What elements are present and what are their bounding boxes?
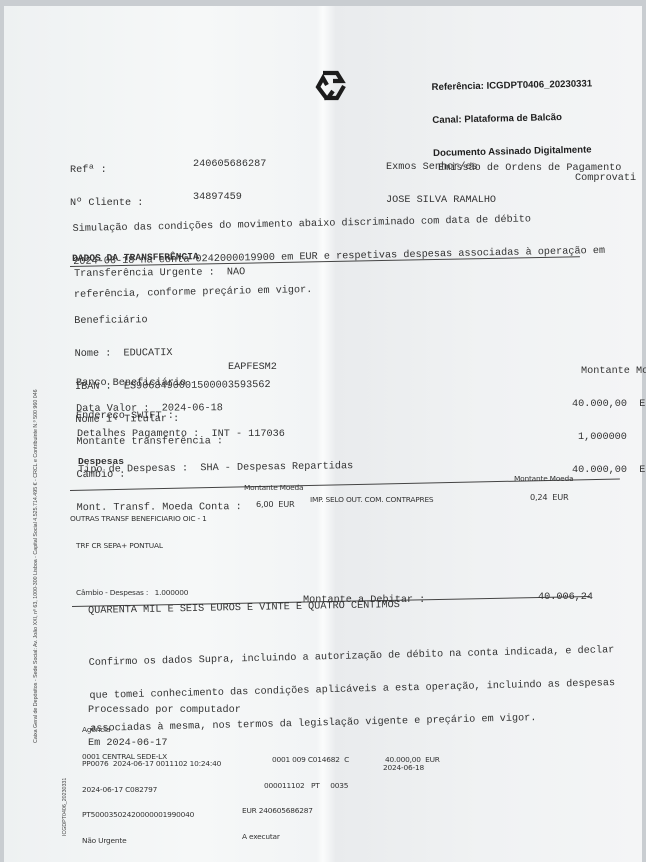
- despesa-item-1: OUTRAS TRANSF BENEFICIARIO OIC - 1 TRF C…: [70, 496, 207, 568]
- detalhes: Detalhes Pagamento : INT - 117036: [77, 429, 285, 440]
- document-page: Referência: ICGDPT0406_20230331 Canal: P…: [4, 6, 642, 862]
- mont-conta-value: 40.000,00 EUR: [572, 465, 646, 476]
- canal: Canal: Plataforma de Balcão: [432, 111, 593, 126]
- swift-value: EAPFESM2: [228, 362, 277, 373]
- legal-side-text: Caixa Geral de Depósitos - Sede Social: …: [33, 389, 39, 743]
- cgd-logo-icon: [313, 69, 347, 103]
- agencia-label: Agência: [82, 725, 167, 734]
- despesa-item-1-amount: 6,00 EUR: [256, 500, 295, 509]
- tx-mid-1: 0001 009 C014682 C: [242, 756, 349, 765]
- confirm-line-1: Confirmo os dados Supra, incluindo a aut…: [89, 645, 615, 669]
- tx-line-3: PT50003502420000001990040: [82, 811, 221, 820]
- intro-line-1: Simulação das condições do movimento aba…: [72, 213, 604, 235]
- tx-line-2: 2024-06-17 C082797: [82, 786, 221, 795]
- urgente: Transferência Urgente : NAO: [74, 267, 245, 280]
- tx-mid-4: A executar: [242, 833, 349, 842]
- transaction-middle: 0001 009 C014682 C 000011102 PT 0035 EUR…: [242, 739, 349, 858]
- doc-code-side: ICGDPT0406_20230331: [62, 778, 68, 836]
- cambio-despesas: Câmbio - Despesas : 1.000000: [76, 588, 188, 597]
- total-extenso: QUARENTA MIL E SEIS EUROS E VINTE E QUAT…: [88, 600, 400, 617]
- amounts-header: Montante Moeda: [581, 366, 646, 377]
- transaction-left: PP0076 2024-06-17 0011102 10:24:40 2024-…: [82, 743, 221, 862]
- despesa-item-2-desc: IMP. SELO OUT. COM. CONTRAPRES: [310, 495, 433, 504]
- despesas-col-header-left: Montante Moeda: [244, 483, 303, 492]
- section-title: DADOS DA TRANSFERÊNCIA: [72, 251, 199, 264]
- cambio-value: 1,000000: [572, 432, 646, 443]
- despesa-item-1-desc1: OUTRAS TRANSF BENEFICIARIO OIC - 1: [70, 514, 207, 523]
- tx-line-4: Não Urgente: [82, 837, 221, 846]
- referencia: Referência: ICGDPT0406_20230331: [431, 78, 592, 93]
- total-value: 40.006,24: [538, 592, 593, 603]
- tx-mid-3: EUR 240605686287: [242, 807, 349, 816]
- tx-line-1: PP0076 2024-06-17 0011102 10:24:40: [82, 760, 221, 769]
- montante-value: 40.000,00 EUR: [572, 399, 646, 410]
- data-valor: Data Valor : 2024-06-18: [76, 403, 241, 415]
- despesas-col-header-right: Montante Moeda: [514, 474, 573, 483]
- ref-value: 240605686287: [193, 159, 266, 170]
- tx-date: 2024-06-18: [383, 763, 424, 772]
- doc-subtitle: Comprovati: [575, 173, 636, 184]
- beneficiario-title: Beneficiário: [74, 314, 270, 327]
- tx-mid-2: 000011102 PT 0035: [242, 782, 349, 791]
- despesa-item-2-amount: 0,24 EUR: [530, 493, 569, 502]
- despesa-item-1-desc2: TRF CR SEPA+ PONTUAL: [70, 541, 207, 550]
- ref-label: Refª :: [70, 165, 143, 176]
